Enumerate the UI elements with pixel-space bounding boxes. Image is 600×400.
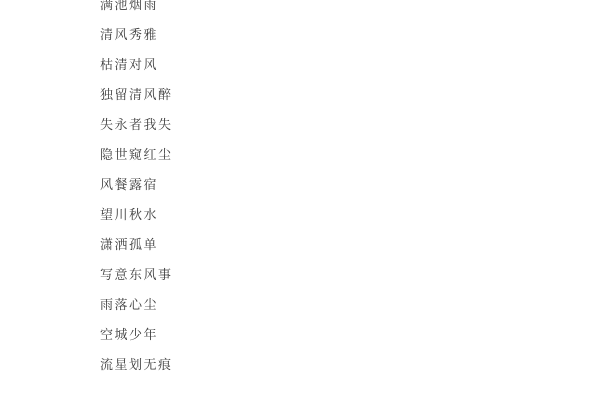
list-item: 失永者我失: [100, 110, 173, 140]
list-item: 潇洒孤单: [100, 230, 173, 260]
name-list-page: 满池烟雨清风秀雅枯清对风独留清风醉失永者我失隐世窥红尘风餐露宿望川秋水潇洒孤单写…: [0, 0, 600, 400]
list-item: 望川秋水: [100, 200, 173, 230]
list-item: 枯清对风: [100, 50, 173, 80]
list-item: 独留清风醉: [100, 80, 173, 110]
list-item: 风餐露宿: [100, 170, 173, 200]
list-item: 写意东风事: [100, 260, 173, 290]
name-list: 满池烟雨清风秀雅枯清对风独留清风醉失永者我失隐世窥红尘风餐露宿望川秋水潇洒孤单写…: [100, 0, 173, 380]
list-item: 空城少年: [100, 320, 173, 350]
list-item: 清风秀雅: [100, 20, 173, 50]
list-item: 雨落心尘: [100, 290, 173, 320]
list-item: 满池烟雨: [100, 0, 173, 20]
list-item: 隐世窥红尘: [100, 140, 173, 170]
list-item: 流星划无痕: [100, 350, 173, 380]
